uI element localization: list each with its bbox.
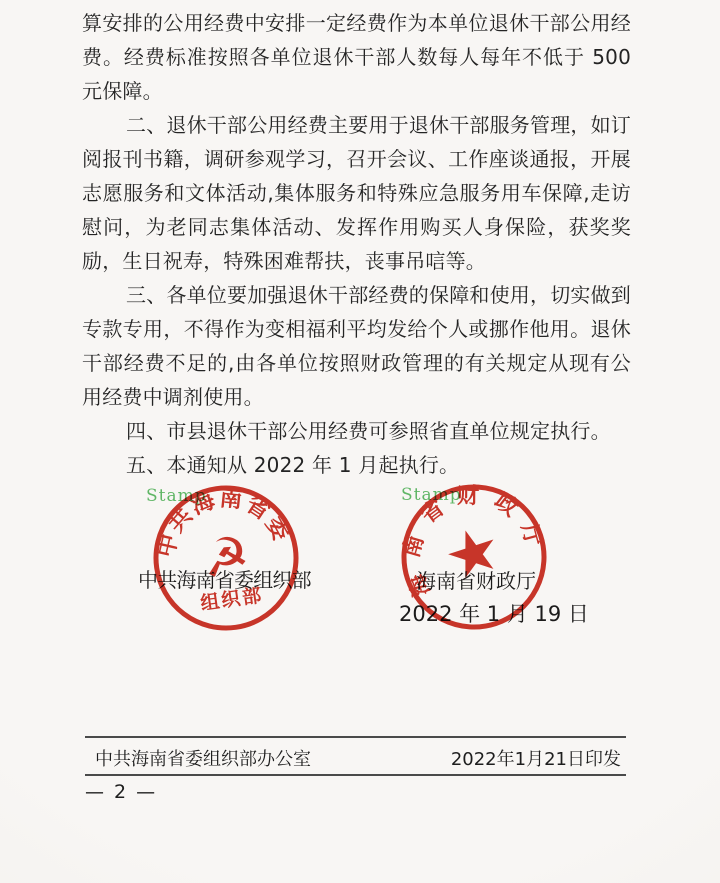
paragraph-item-3: 三、各单位要加强退休干部经费的保障和使用，切实做到专款专用，不得作为变相福利平均… [82, 278, 631, 414]
paragraph-item-2: 二、退休干部公用经费主要用于退休干部服务管理，如订阅报刊书籍，调研参观学习，召开… [82, 108, 631, 278]
paragraph-continuation: 算安排的公用经费中安排一定经费作为本单位退休干部公用经费。经费标准按照各单位退休… [82, 6, 631, 108]
scanned-document-page: 算安排的公用经费中安排一定经费作为本单位退休干部公用经费。经费标准按照各单位退休… [0, 0, 720, 883]
page-number: — 2 — [85, 781, 157, 803]
footer-print-date: 2022年1月21日印发 [451, 745, 621, 771]
footer-rule-bottom [85, 774, 626, 776]
paragraph-item-5: 五、本通知从 2022 年 1 月起执行。 [82, 448, 631, 482]
footer-rule-top [85, 736, 626, 738]
paragraph-item-4: 四、市县退休干部公用经费可参照省直单位规定执行。 [82, 414, 631, 448]
footer-row: 中共海南省委组织部办公室 2022年1月21日印发 [95, 745, 621, 771]
document-body: 算安排的公用经费中安排一定经费作为本单位退休干部公用经费。经费标准按照各单位退休… [82, 6, 631, 482]
signature-date: 2022 年 1 月 19 日 [399, 598, 589, 628]
signer-organization-dept: 中共海南省委组织部 [138, 564, 311, 593]
footer-issuer: 中共海南省委组织部办公室 [95, 745, 311, 771]
party-committee-seal: 中共海南省委 ☭ 组织部 [135, 467, 318, 650]
signer-finance-dept: 海南省财政厅 [416, 565, 536, 594]
